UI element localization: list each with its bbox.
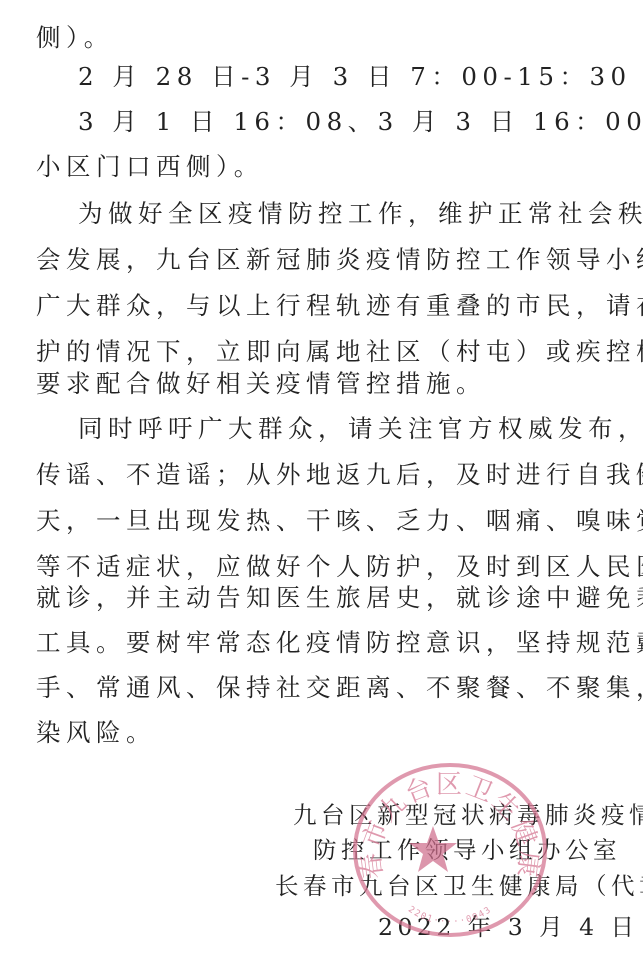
text-line: 同时呼吁广大群众，请关注官方权威发布，不信谣、不	[78, 414, 643, 444]
text-line: 就诊，并主动告知医生旅居史，就诊途中避免乘坐公共交通	[36, 583, 643, 613]
text-line: 会发展，九台区新冠肺炎疫情防控工作领导小组办公室提醒	[36, 245, 643, 275]
signature-org-line1: 九台区新型冠状病毒肺炎疫情	[293, 800, 643, 830]
signature-org-line3: 长春市九台区卫生健康局（代章）	[275, 871, 643, 901]
text-line: 天，一旦出现发热、干咳、乏力、咽痛、嗅味觉减退或丧失	[36, 506, 643, 536]
text-line: 为做好全区疫情防控工作，维护正常社会秩序和经济社	[78, 199, 643, 229]
text-line: 等不适症状，应做好个人防护，及时到区人民医院发热门诊	[36, 552, 643, 582]
text-line: 侧）。	[36, 23, 114, 53]
text-line: 2 月 28 日-3 月 3 日 7：00-15：30 到饮马河中心学校。	[78, 62, 643, 92]
text-line: 3 月 1 日 16：08、3 月 3 日 16：00 到龙江副食（阳光苑	[78, 107, 643, 137]
text-line: 手、常通风、保持社交距离、不聚餐、不聚集，减少疾病感	[36, 673, 643, 703]
text-line: 要求配合做好相关疫情管控措施。	[36, 369, 486, 399]
text-line: 工具。要树牢常态化疫情防控意识，坚持规范戴口罩、勤洗	[36, 628, 643, 658]
text-line: 传谣、不造谣；从外地返九后，及时进行自我健康监测 14	[36, 460, 643, 490]
text-line: 小区门口西侧）。	[36, 152, 264, 182]
text-line: 染风险。	[36, 718, 156, 748]
signature-date: 2022 年 3 月 4 日	[378, 912, 639, 942]
text-line: 护的情况下，立即向属地社区（村屯）或疾控机构报告，按	[36, 337, 643, 367]
text-line: 广大群众，与以上行程轨迹有重叠的市民，请在做好个人防	[36, 291, 643, 321]
signature-org-line2: 防控工作领导小组办公室	[313, 835, 621, 865]
